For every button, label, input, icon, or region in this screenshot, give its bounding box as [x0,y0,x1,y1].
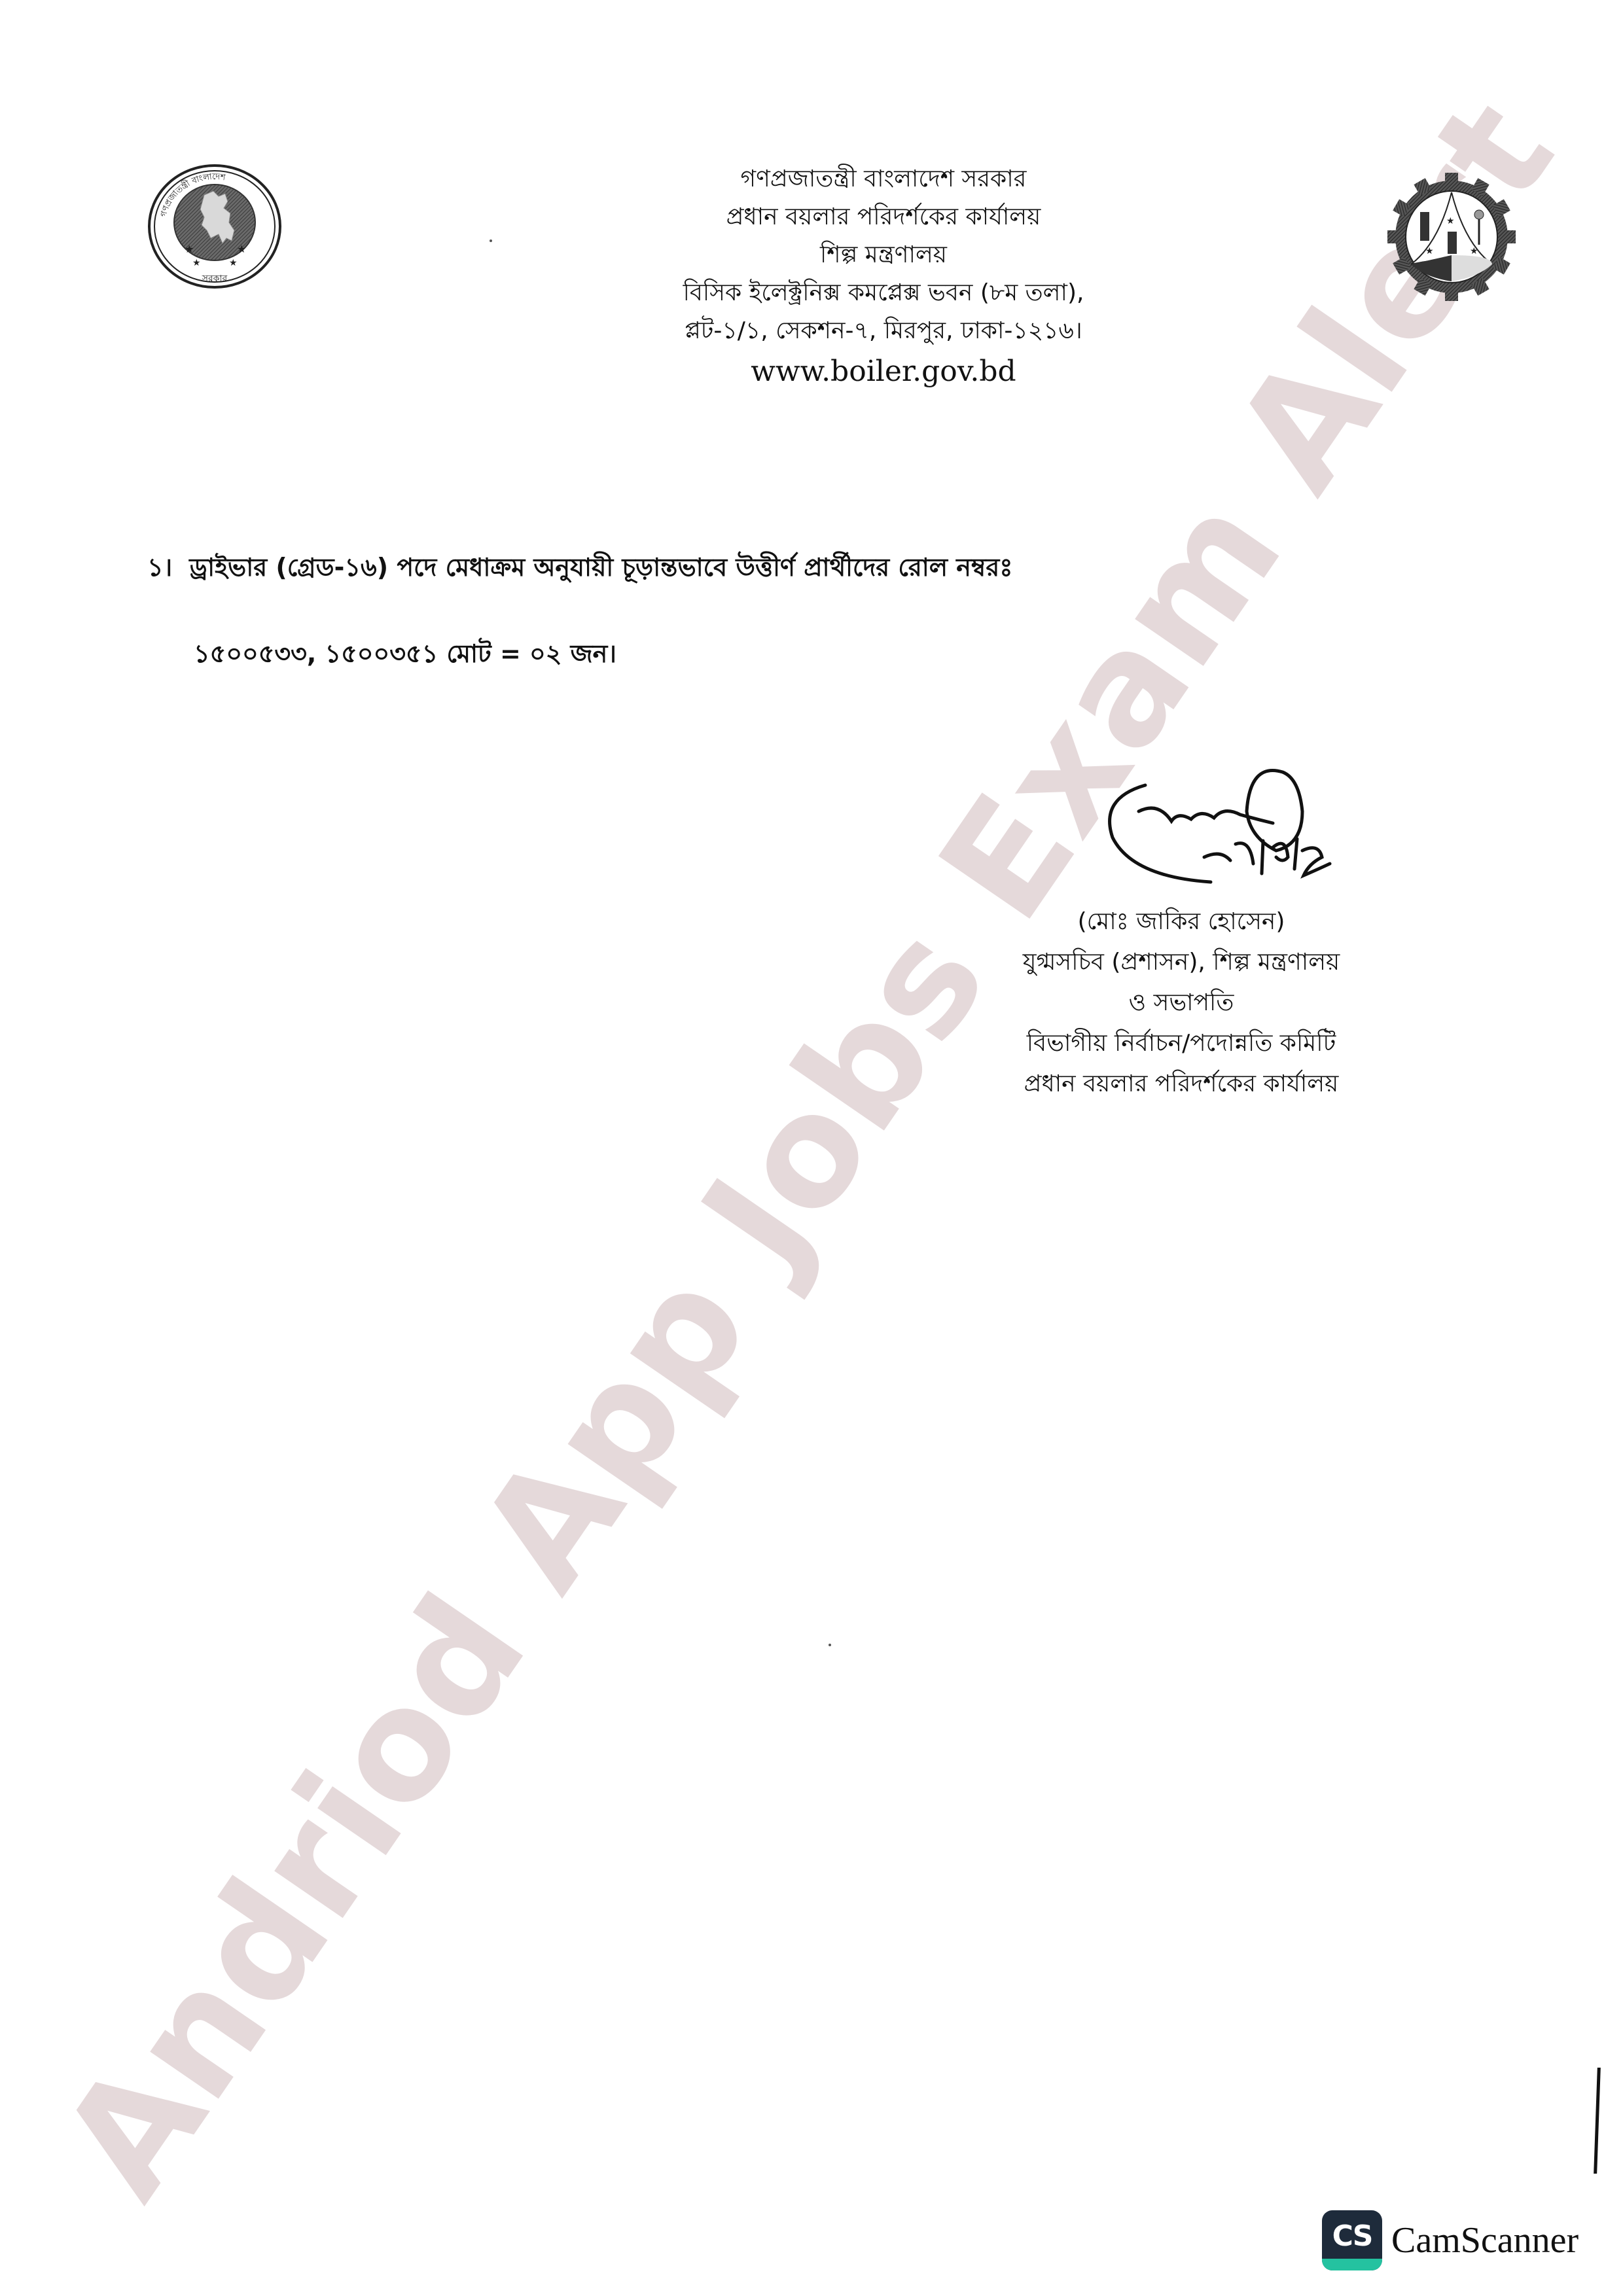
roll-number: ১৫০০৩৫১ [325,639,438,668]
boiler-office-emblem-logo: ★ ★ ★ [1386,171,1517,302]
scan-edge-mark [1594,2068,1601,2174]
svg-text:★: ★ [1446,216,1455,226]
header-website-link[interactable]: www.boiler.gov.bd [543,351,1224,392]
svg-text:সরকার: সরকার [202,274,228,284]
camscanner-label: CamScanner [1391,2219,1578,2261]
svg-text:★: ★ [1425,246,1434,256]
header-line-address: প্লট-১/১, সেকশন-৭, মিরপুর, ঢাকা-১২১৬। [543,312,1224,350]
header-line-ministry: শিল্প মন্ত্রণালয় [543,236,1224,274]
header-line-office: প্রধান বয়লার পরিদর্শকের কার্যালয় [543,198,1224,236]
svg-text:★: ★ [237,243,246,255]
government-seal-logo: ★ ★ ★ ★ সরকার গণপ্রজাতন্ত্রী বাংলাদেশ [145,162,284,291]
roll-number: ১৫০০৫৩৩ [194,639,307,668]
svg-text:★: ★ [1470,246,1478,256]
total-count: মোট = ০২ জন। [446,639,616,668]
camscanner-logo-icon: CS [1322,2210,1382,2270]
camscanner-watermark: CS CamScanner [1322,2210,1578,2270]
signature-icon [1086,766,1374,890]
signatory-title: যুগ্মসচিব (প্রশাসন), শিল্প মন্ত্রণালয় [969,942,1394,983]
roll-separator: , [307,639,325,668]
document-page: Andriod App Jobs Exam Alert ★ ★ ★ ★ সরকা… [0,0,1623,2296]
gear-emblem-icon: ★ ★ ★ [1386,171,1517,302]
item-text: ড্রাইভার (গ্রেড-১৬) পদে মেধাক্রম অনুযায়… [189,553,1012,582]
handwritten-signature [1086,766,1374,890]
svg-text:★: ★ [185,243,194,255]
scan-speck [829,1644,831,1646]
header-line-building: বিসিক ইলেক্ট্রনিক্স কমপ্লেক্স ভবন (৮ম তল… [543,274,1224,312]
header-line-government: গণপ্রজাতন্ত্রী বাংলাদেশ সরকার [543,160,1224,198]
letterhead: গণপ্রজাতন্ত্রী বাংলাদেশ সরকার প্রধান বয়… [543,160,1224,392]
roll-number-list: ১৫০০৫৩৩, ১৫০০৩৫১ মোট = ০২ জন। [194,635,616,677]
signatory-block: (মোঃ জাকির হোসেন) যুগ্মসচিব (প্রশাসন), শ… [969,902,1394,1104]
signatory-committee: বিভাগীয় নির্বাচন/পদোন্নতি কমিটি [969,1023,1394,1064]
signatory-office: প্রধান বয়লার পরিদর্শকের কার্যালয় [969,1064,1394,1104]
signatory-role: ও সভাপতি [969,983,1394,1023]
svg-text:★: ★ [229,258,238,268]
result-heading: ১।ড্রাইভার (গ্রেড-১৬) পদে মেধাক্রম অনুযা… [147,548,1013,590]
svg-text:★: ★ [192,258,201,268]
watermark: Andriod App Jobs Exam Alert [28,69,1588,2228]
signatory-name: (মোঃ জাকির হোসেন) [969,902,1394,942]
item-number: ১। [147,553,172,582]
scan-speck [490,239,492,242]
government-seal-icon: ★ ★ ★ ★ সরকার গণপ্রজাতন্ত্রী বাংলাদেশ [145,162,284,291]
